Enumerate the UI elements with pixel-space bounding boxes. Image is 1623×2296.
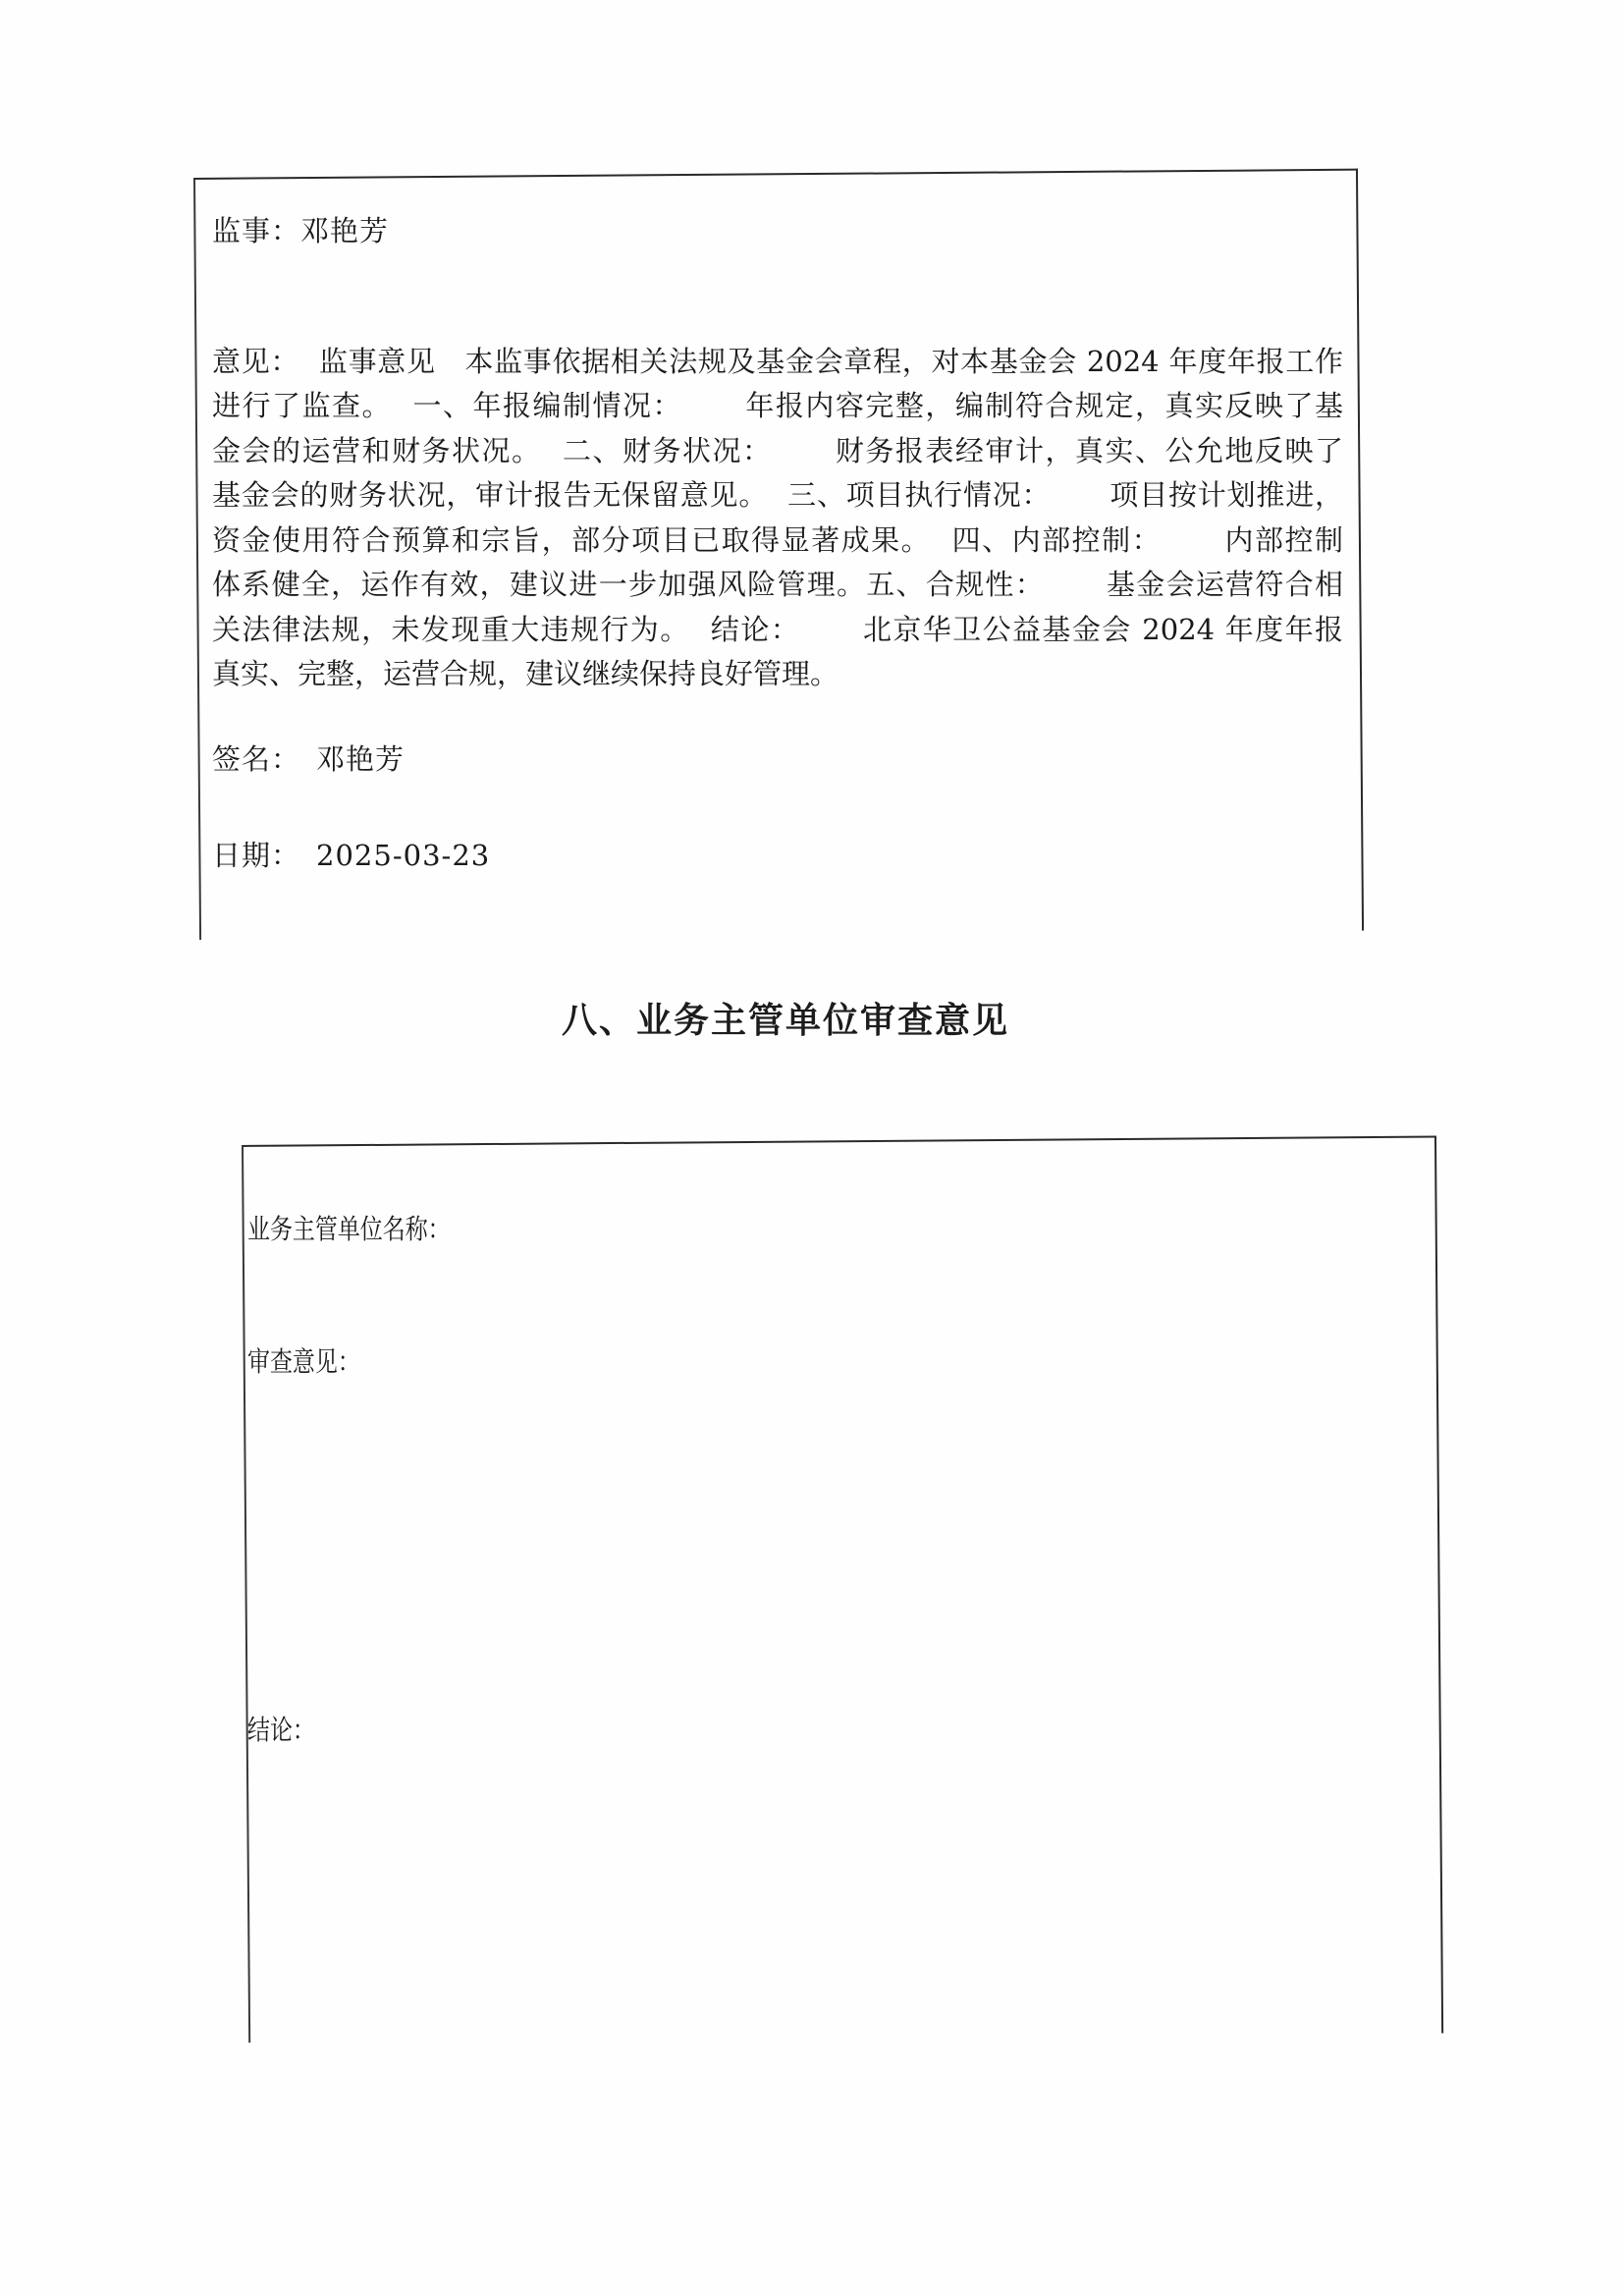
signature-value: 邓艳芳 bbox=[316, 742, 405, 776]
report-page: 监事：邓艳芳 意见： 监事意见 本监事依据相关法规及基金会章程，对本基金会 20… bbox=[0, 0, 1623, 2296]
date-row: 日期：2025-03-23 bbox=[212, 839, 490, 872]
opinion-line: 真实、完整，运营合规，建议继续保持良好管理。 bbox=[212, 657, 1343, 690]
opinion-line: 关法律法规，未发现重大违规行为。 结论： 北京华卫公益基金会 2024 年度年报 bbox=[212, 613, 1343, 646]
signature-row: 签名：邓艳芳 bbox=[212, 742, 405, 776]
date-label: 日期： bbox=[212, 839, 300, 872]
opinion-line: 资金使用符合预算和宗旨，部分项目已取得显著成果。 四、内部控制： 内部控制 bbox=[212, 523, 1343, 557]
opinion-line: 金会的运营和财务状况。 二、财务状况： 财务报表经审计，真实、公允地反映了 bbox=[212, 434, 1343, 467]
supervisor-row: 监事：邓艳芳 bbox=[212, 214, 389, 247]
section-title: 八、业务主管单位审查意见 bbox=[0, 1000, 1571, 1043]
conclusion-label: 结论： bbox=[247, 1714, 315, 1747]
unit-name-label: 业务主管单位名称： bbox=[247, 1213, 451, 1246]
date-value: 2025-03-23 bbox=[316, 839, 490, 872]
review-opinion-label: 审查意见： bbox=[247, 1345, 360, 1379]
opinion-line: 体系健全，运作有效，建议进一步加强风险管理。五、合规性： 基金会运营符合相 bbox=[212, 568, 1343, 601]
supervisor-label: 监事： bbox=[212, 214, 300, 247]
opinion-line: 意见： 监事意见 本监事依据相关法规及基金会章程，对本基金会 2024 年度年报… bbox=[212, 345, 1343, 378]
authority-review-box bbox=[242, 1135, 1443, 2043]
opinion-line: 进行了监查。 一、年报编制情况： 年报内容完整，编制符合规定，真实反映了基 bbox=[212, 389, 1343, 422]
signature-label: 签名： bbox=[212, 742, 300, 776]
supervisor-name: 邓艳芳 bbox=[300, 214, 389, 247]
opinion-line: 基金会的财务状况，审计报告无保留意见。 三、项目执行情况： 项目按计划推进， bbox=[212, 478, 1343, 512]
